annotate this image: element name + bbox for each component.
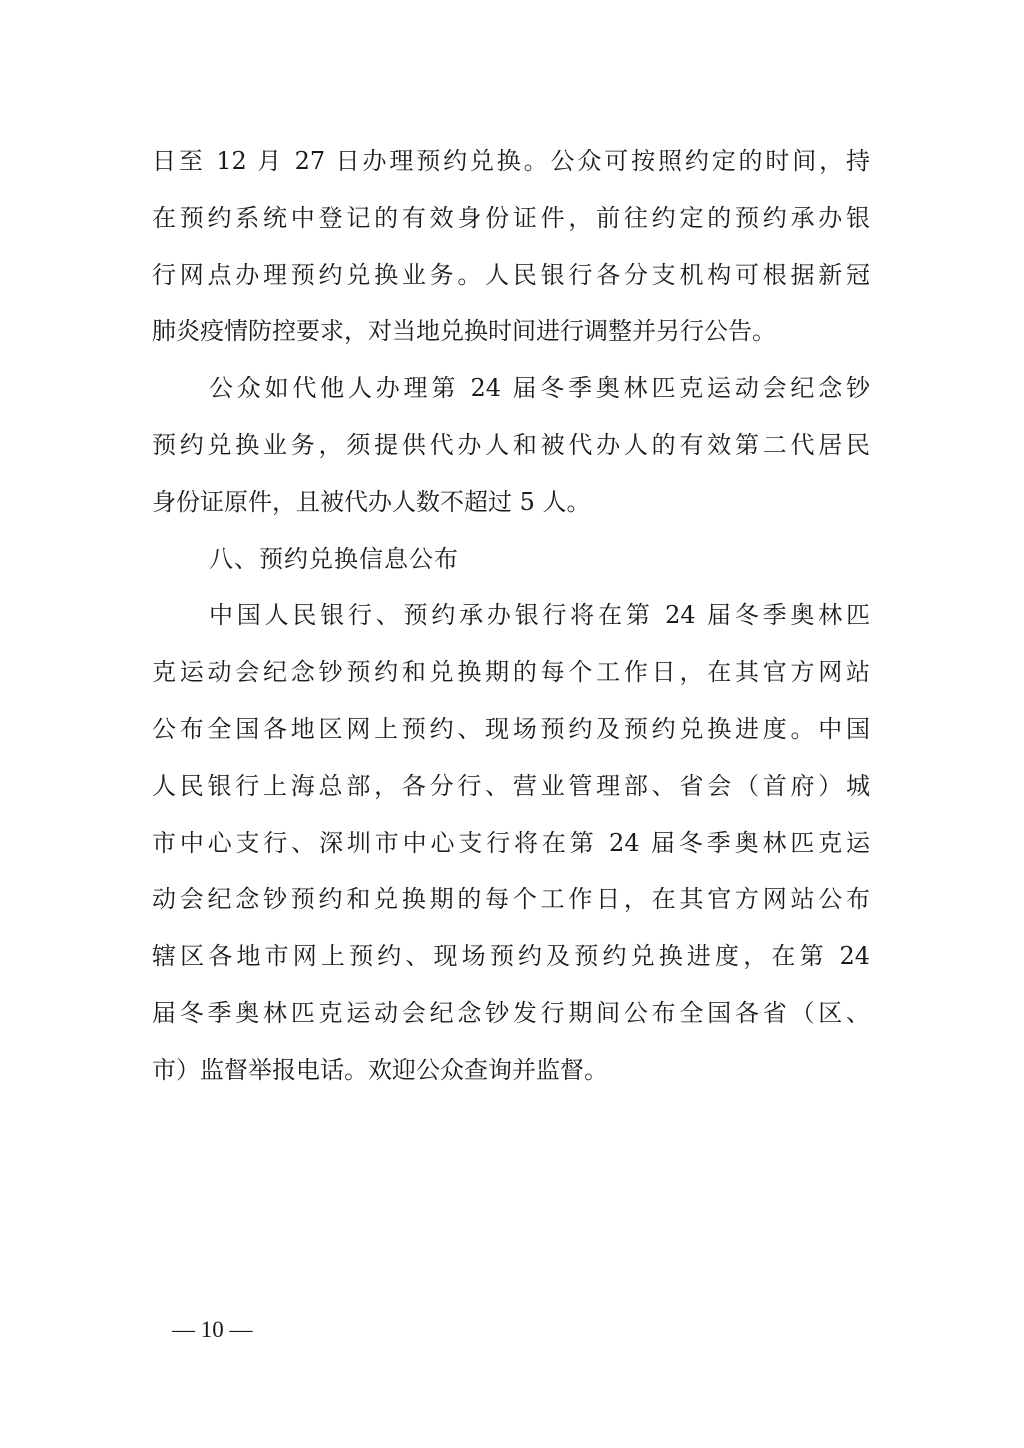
- document-body: 日至 12 月 27 日办理预约兑换。公众可按照约定的时间，持 在预约系统中登记…: [152, 133, 870, 1099]
- text-line: 公众如代他人办理第 24 届冬季奥林匹克运动会纪念钞: [152, 360, 870, 417]
- text-line: 肺炎疫情防控要求，对当地兑换时间进行调整并另行公告。: [152, 303, 870, 360]
- text-line: 公布全国各地区网上预约、现场预约及预约兑换进度。中国: [152, 701, 870, 758]
- text-line: 预约兑换业务，须提供代办人和被代办人的有效第二代居民: [152, 417, 870, 474]
- text-line: 克运动会纪念钞预约和兑换期的每个工作日，在其官方网站: [152, 644, 870, 701]
- text-line: 动会纪念钞预约和兑换期的每个工作日，在其官方网站公布: [152, 871, 870, 928]
- text-line: 身份证原件，且被代办人数不超过 5 人。: [152, 474, 870, 531]
- text-line: 人民银行上海总部，各分行、营业管理部、省会（首府）城: [152, 758, 870, 815]
- document-page: 日至 12 月 27 日办理预约兑换。公众可按照约定的时间，持 在预约系统中登记…: [0, 0, 1024, 1448]
- paragraph-proxy-exchange: 公众如代他人办理第 24 届冬季奥林匹克运动会纪念钞 预约兑换业务，须提供代办人…: [152, 360, 870, 530]
- text-line: 日至 12 月 27 日办理预约兑换。公众可按照约定的时间，持: [152, 133, 870, 190]
- text-line: 届冬季奥林匹克运动会纪念钞发行期间公布全国各省（区、: [152, 985, 870, 1042]
- section-heading: 八、预约兑换信息公布: [152, 531, 870, 588]
- page-number: — 10 —: [172, 1317, 253, 1343]
- paragraph-info-publication: 中国人民银行、预约承办银行将在第 24 届冬季奥林匹 克运动会纪念钞预约和兑换期…: [152, 587, 870, 1098]
- text-line: 在预约系统中登记的有效身份证件，前往约定的预约承办银: [152, 190, 870, 247]
- text-line: 中国人民银行、预约承办银行将在第 24 届冬季奥林匹: [152, 587, 870, 644]
- text-line: 市中心支行、深圳市中心支行将在第 24 届冬季奥林匹克运: [152, 815, 870, 872]
- paragraph-exchange-time: 日至 12 月 27 日办理预约兑换。公众可按照约定的时间，持 在预约系统中登记…: [152, 133, 870, 360]
- text-line: 行网点办理预约兑换业务。人民银行各分支机构可根据新冠: [152, 247, 870, 304]
- text-line: 市）监督举报电话。欢迎公众查询并监督。: [152, 1042, 870, 1099]
- text-line: 辖区各地市网上预约、现场预约及预约兑换进度，在第 24: [152, 928, 870, 985]
